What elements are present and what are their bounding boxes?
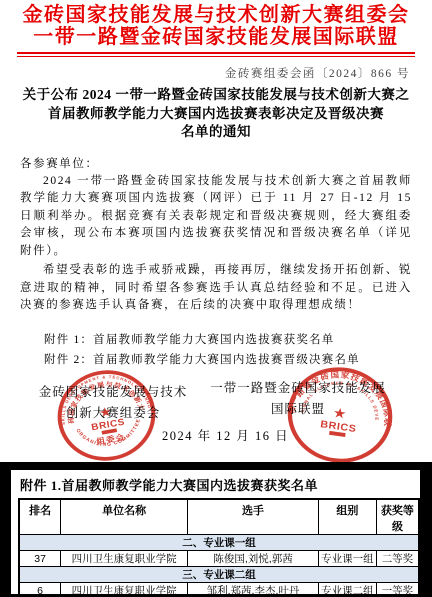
signature-block: 金砖国家技能发展与技术 创新大赛组委会 一带一路暨金砖国家技能发展 国际联盟 2… (0, 368, 432, 462)
notice-title-line2: 首届教师教学能力大赛国内选拔赛表彰决定及晋级决赛 (0, 105, 432, 124)
table-row: 6 四川卫生康复职业学院 邹利,郑茜,李杰,叶丹 专业课二组 一等奖 (19, 583, 419, 597)
section-label: 二、专业课一组 (19, 535, 419, 551)
header-group: 组别 (318, 499, 376, 535)
red-divider-thin (17, 56, 415, 57)
appendix-table-area: 附件 1.首届教师教学能力大赛国内选拔赛获奖名单 排名 单位名称 选手 组别 获… (11, 470, 420, 594)
header-award: 获奖等级 (376, 499, 419, 535)
masthead-line1: 金砖国家技能发展与技术创新大赛组委会 (0, 4, 432, 26)
seal-star-icon: ★ (332, 406, 349, 423)
header-rank: 排名 (19, 499, 61, 535)
red-divider-thick (17, 52, 415, 54)
cell-unit: 四川卫生康复职业学院 (61, 583, 188, 597)
body-paragraph-2: 希望受表彰的选手戒骄戒躁，再接再厉，继续发扬开拓创新、锐意进取的精神，同时希望各… (20, 262, 412, 315)
award-table: 排名 单位名称 选手 组别 获奖等级 二、专业课一组 37 四川卫生康复职业学院… (18, 498, 420, 597)
notice-title-line1: 关于公布 2024 一带一路暨金砖国家技能发展与技术创新大赛之 (0, 86, 432, 105)
cell-award: 二等奖 (376, 551, 419, 567)
cell-contestants: 陈俊国,刘悦,郭茜 (188, 551, 319, 567)
seal-star-icon: ★ (98, 404, 114, 421)
section-label: 三、专业课二组 (19, 567, 419, 583)
masthead-line2: 一带一路暨金砖国家技能发展国际联盟 (0, 26, 432, 48)
body-paragraph-1: 2024 一带一路暨金砖国家技能发展与技术创新大赛之首届教师教学能力大赛赛项国内… (20, 173, 412, 261)
attachment-list: 附件 1：首届教师教学能力大赛国内选拔赛获奖名单 附件 2：首届教师教学能力大赛… (44, 330, 412, 371)
cell-award: 一等奖 (376, 583, 419, 597)
official-seal-international-alliance: 一带一路暨金砖国家技能发展国际联盟 INTERNATIONAL ALLIANCE… (280, 359, 401, 471)
cell-group: 专业课一组 (318, 551, 376, 567)
cell-contestants: 邹利,郑茜,李杰,叶丹 (188, 583, 319, 597)
appendix-table-title: 附件 1.首届教师教学能力大赛国内选拔赛获奖名单 (20, 475, 420, 494)
attachment-1: 附件 1：首届教师教学能力大赛国内选拔赛获奖名单 (44, 330, 412, 351)
table-header-row: 排名 单位名称 选手 组别 获奖等级 (19, 499, 419, 535)
org-masthead: 金砖国家技能发展与技术创新大赛组委会 一带一路暨金砖国家技能发展国际联盟 (0, 0, 432, 48)
table-row: 37 四川卫生康复职业学院 陈俊国,刘悦,郭茜 专业课一组 二等奖 (19, 551, 419, 567)
section-row: 三、专业课二组 (19, 567, 419, 583)
official-seal-organizing-committee: BRICS SKILLS DEVELOPMENT & TECHNOLOGY IN… (49, 361, 165, 470)
cell-rank: 37 (19, 551, 61, 567)
salutation: 各参赛单位： (20, 155, 412, 171)
document-number: 金砖赛组委会函〔2024〕866 号 (0, 65, 432, 81)
document-date: 2024 年 12 月 16 日 (162, 426, 289, 444)
section-row: 二、专业课一组 (19, 535, 419, 551)
notice-title: 关于公布 2024 一带一路暨金砖国家技能发展与技术创新大赛之 首届教师教学能力… (0, 86, 432, 142)
cell-rank: 6 (19, 583, 61, 597)
header-unit: 单位名称 (61, 499, 188, 535)
appendix-table-screenshot: 附件 1.首届教师教学能力大赛国内选拔赛获奖名单 排名 单位名称 选手 组别 获… (0, 462, 432, 597)
notice-title-line3: 名单的通知 (0, 123, 432, 142)
header-contestants: 选手 (188, 499, 319, 535)
cell-unit: 四川卫生康复职业学院 (61, 551, 188, 567)
cell-group: 专业课二组 (318, 583, 376, 597)
